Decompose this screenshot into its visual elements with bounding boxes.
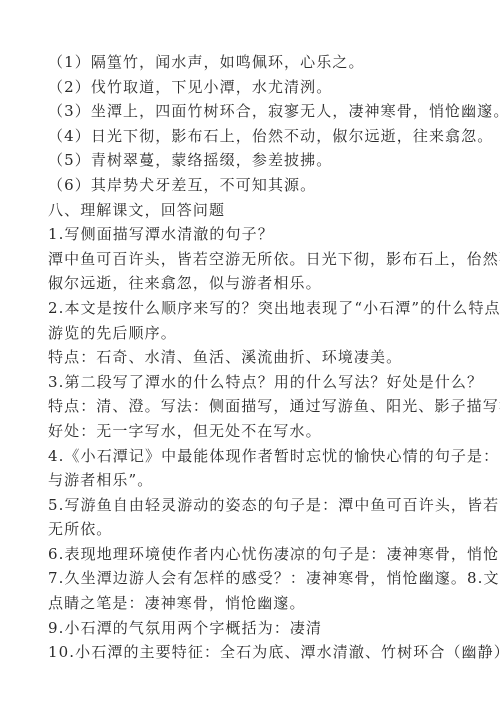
recitation-line-5: （5）青树翠蔓，蒙络摇缀，参差披拂。 <box>48 148 468 173</box>
question-4-line-2: 与游者相乐”。 <box>48 468 468 493</box>
question-8-line-2: 点睛之笔是：凄神寒骨，悄怆幽邃。 <box>48 591 468 616</box>
recitation-line-4: （4）日光下彻，影布石上，佁然不动，俶尔远逝，往来翕忽。 <box>48 124 468 149</box>
answer-3-features: 特点：清、澄。写法：侧面描写，通过写游鱼、阳光、影子描写潭水。 <box>48 394 468 419</box>
answer-2-features: 特点：石奇、水清、鱼活、溪流曲折、环境凄美。 <box>48 345 468 370</box>
recitation-line-1: （1）隔篁竹，闻水声，如鸣佩环，心乐之。 <box>48 50 468 75</box>
question-6: 6.表现地理环境使作者内心忧伤凄凉的句子是：凄神寒骨，悄怆幽邃。 <box>48 542 468 567</box>
question-7-8-line-1: 7.久坐潭边游人会有怎样的感受？：凄神寒骨，悄怆幽邃。8.文章的 <box>48 566 468 591</box>
question-4-line-1: 4.《小石潭记》中最能体现作者暂时忘忧的愉快心情的句子是：“似 <box>48 444 468 469</box>
recitation-line-2: （2）伐竹取道，下见小潭，水尤清洌。 <box>48 75 468 100</box>
question-1: 1.写侧面描写潭水清澈的句子？ <box>48 222 468 247</box>
answer-3-benefit: 好处：无一字写水，但无处不在写水。 <box>48 419 468 444</box>
question-5-line-1: 5.写游鱼自由轻灵游动的姿态的句子是：潭中鱼可百许头，皆若空游 <box>48 493 468 518</box>
section-heading: 八、理解课文，回答问题 <box>48 198 468 223</box>
recitation-line-3: （3）坐潭上，四面竹树环合，寂寥无人，凄神寒骨，悄怆幽邃。 <box>48 99 468 124</box>
answer-2-order: 游览的先后顺序。 <box>48 321 468 346</box>
question-2: 2.本文是按什么顺序来写的？突出地表现了“小石潭”的什么特点？ <box>48 296 468 321</box>
question-3: 3.第二段写了潭水的什么特点？用的什么写法？好处是什么？ <box>48 370 468 395</box>
question-9: 9.小石潭的气氛用两个字概括为：凄清 <box>48 616 468 641</box>
answer-1-line-1: 潭中鱼可百许头，皆若空游无所依。日光下彻，影布石上，佁然不动： <box>48 247 468 272</box>
answer-1-line-2: 俶尔远逝，往来翕忽，似与游者相乐。 <box>48 271 468 296</box>
document-page: （1）隔篁竹，闻水声，如鸣佩环，心乐之。 （2）伐竹取道，下见小潭，水尤清洌。 … <box>48 50 468 665</box>
question-10: 10.小石潭的主要特征：全石为底、潭水清澈、竹树环合（幽静） <box>48 640 468 665</box>
recitation-line-6: （6）其岸势犬牙差互，不可知其源。 <box>48 173 468 198</box>
question-5-line-2: 无所依。 <box>48 517 468 542</box>
